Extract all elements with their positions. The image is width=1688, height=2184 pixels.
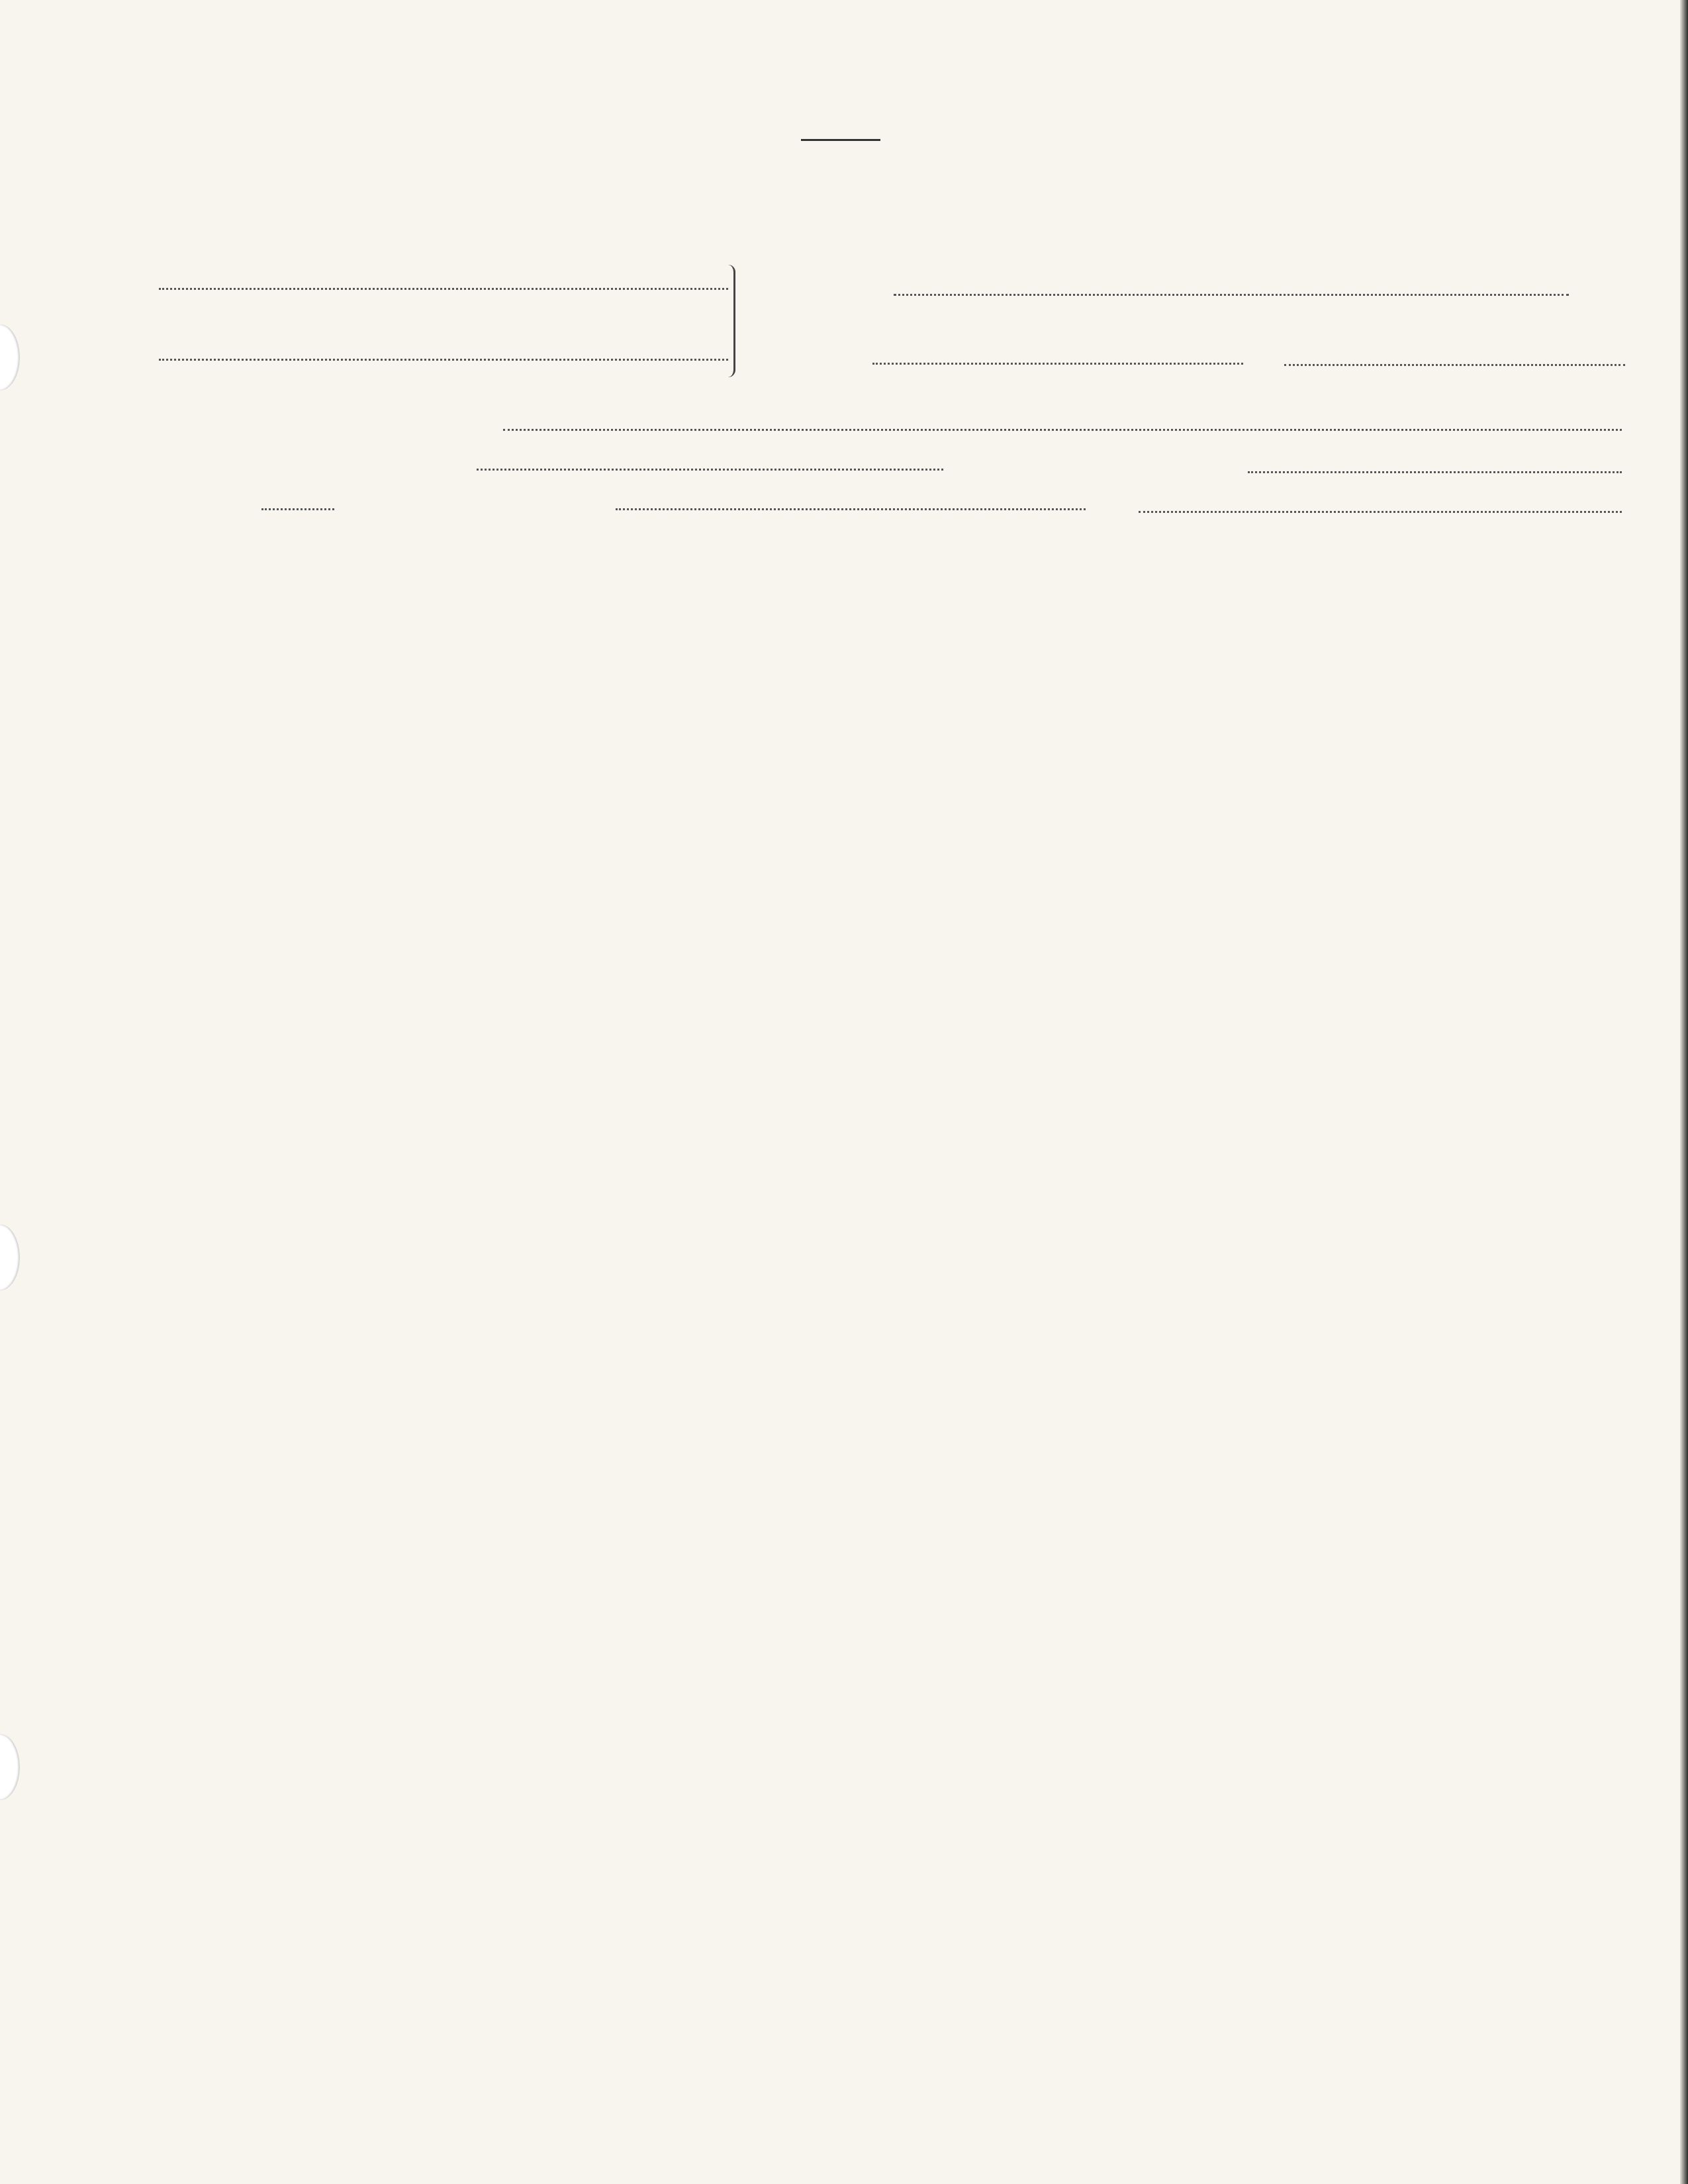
field-line: [503, 429, 1622, 431]
field-line: [477, 469, 943, 471]
field-line: [159, 359, 728, 361]
field-line: [1284, 364, 1625, 366]
ss-brace: [728, 265, 735, 377]
field-line: [872, 363, 1243, 365]
declaration-page: [0, 0, 1688, 2184]
field-line: [159, 288, 728, 290]
binder-hole: [0, 1224, 20, 1291]
title-rule: [801, 139, 880, 141]
field-line: [1248, 471, 1622, 473]
field-line: [894, 294, 1569, 296]
field-line: [616, 508, 1086, 510]
binder-hole: [0, 1734, 20, 1800]
field-line: [261, 508, 334, 510]
binder-hole: [0, 324, 20, 390]
field-line: [1139, 511, 1622, 513]
